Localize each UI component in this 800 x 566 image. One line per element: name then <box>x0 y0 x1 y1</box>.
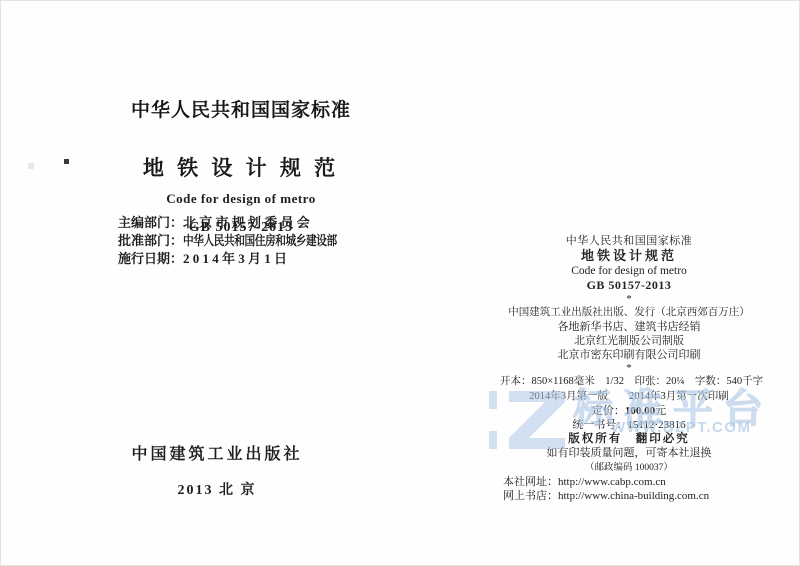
book-number-line: 统一书号：15112·23816 <box>500 418 758 432</box>
implementation-date-label: 施行日期： <box>118 251 183 266</box>
printing-line: 北京市密东印刷有限公司印刷 <box>500 348 758 362</box>
edition-line: 2014年3月第一版 2014年3月第一次印刷 <box>500 390 758 404</box>
publication-info-block: 主编部门：北 京 市 规 划 委 员 会 批准部门：中华人民共和国住房和城乡建设… <box>118 214 358 268</box>
colophon-standard-heading: 中华人民共和国国家标准 <box>500 234 758 248</box>
approval-dept-line: 批准部门：中华人民共和国住房和城乡建设部 <box>118 232 358 250</box>
colophon-title: 地铁设计规范 <box>500 248 758 264</box>
colophon-standard-number: GB 50157-2013 <box>500 278 758 292</box>
publisher-block: 中国建筑工业出版社 2013 北 京 <box>41 441 393 499</box>
scan-speck <box>64 159 69 164</box>
separator-star: * <box>500 293 758 306</box>
colophon-page: 中华人民共和国国家标准 地铁设计规范 Code for design of me… <box>500 234 758 503</box>
separator-star-2: * <box>500 362 758 375</box>
website-line: 本社网址：http://www.cabp.com.cn <box>500 475 758 489</box>
online-bookstore-line: 网上书店：http://www.china-building.com.cn <box>500 489 758 503</box>
price-line: 定价：100.00元 <box>500 404 758 418</box>
distribution-line: 各地新华书店、建筑书店经销 <box>500 320 758 334</box>
scanned-book-spread: 中华人民共和国国家标准 地 铁 设 计 规 范 Code for design … <box>0 0 800 566</box>
postal-code-line: （邮政编码 100037） <box>500 461 758 475</box>
plate-making-line: 北京红光制版公司制版 <box>500 334 758 348</box>
approval-dept-value: 中华人民共和国住房和城乡建设部 <box>183 232 337 250</box>
implementation-date-value: 2 0 1 4 年 3 月 1 日 <box>183 251 287 266</box>
chief-editor-line: 主编部门：北 京 市 规 划 委 员 会 <box>118 214 358 232</box>
implementation-date-line: 施行日期：2 0 1 4 年 3 月 1 日 <box>118 250 358 268</box>
chief-editor-label: 主编部门： <box>118 215 183 230</box>
book-title-english: Code for design of metro <box>41 191 441 207</box>
book-title: 地 铁 设 计 规 范 <box>41 152 441 182</box>
standard-heading: 中华人民共和国国家标准 <box>41 95 441 122</box>
return-notice: 如有印装质量问题，可寄本社退换 <box>500 446 758 460</box>
format-spec-line: 开本：850×1168毫米 1/32 印张：20¼ 字数：540千字 <box>500 375 758 389</box>
chief-editor-value: 北 京 市 规 划 委 员 会 <box>183 215 310 230</box>
price-value: 100.00 <box>625 405 655 417</box>
publisher-name: 中国建筑工业出版社 <box>41 441 393 464</box>
scan-speck-light <box>28 163 34 169</box>
price-label: 定价： <box>592 405 625 417</box>
approval-dept-label: 批准部门： <box>118 233 183 248</box>
colophon-title-english: Code for design of metro <box>500 264 758 278</box>
price-unit: 元 <box>655 405 666 417</box>
copyright-notice: 版权所有 翻印必究 <box>500 432 758 446</box>
publication-line: 中国建筑工业出版社出版、发行（北京西郊百万庄） <box>500 306 758 320</box>
publish-year-place: 2013 北 京 <box>41 479 393 499</box>
